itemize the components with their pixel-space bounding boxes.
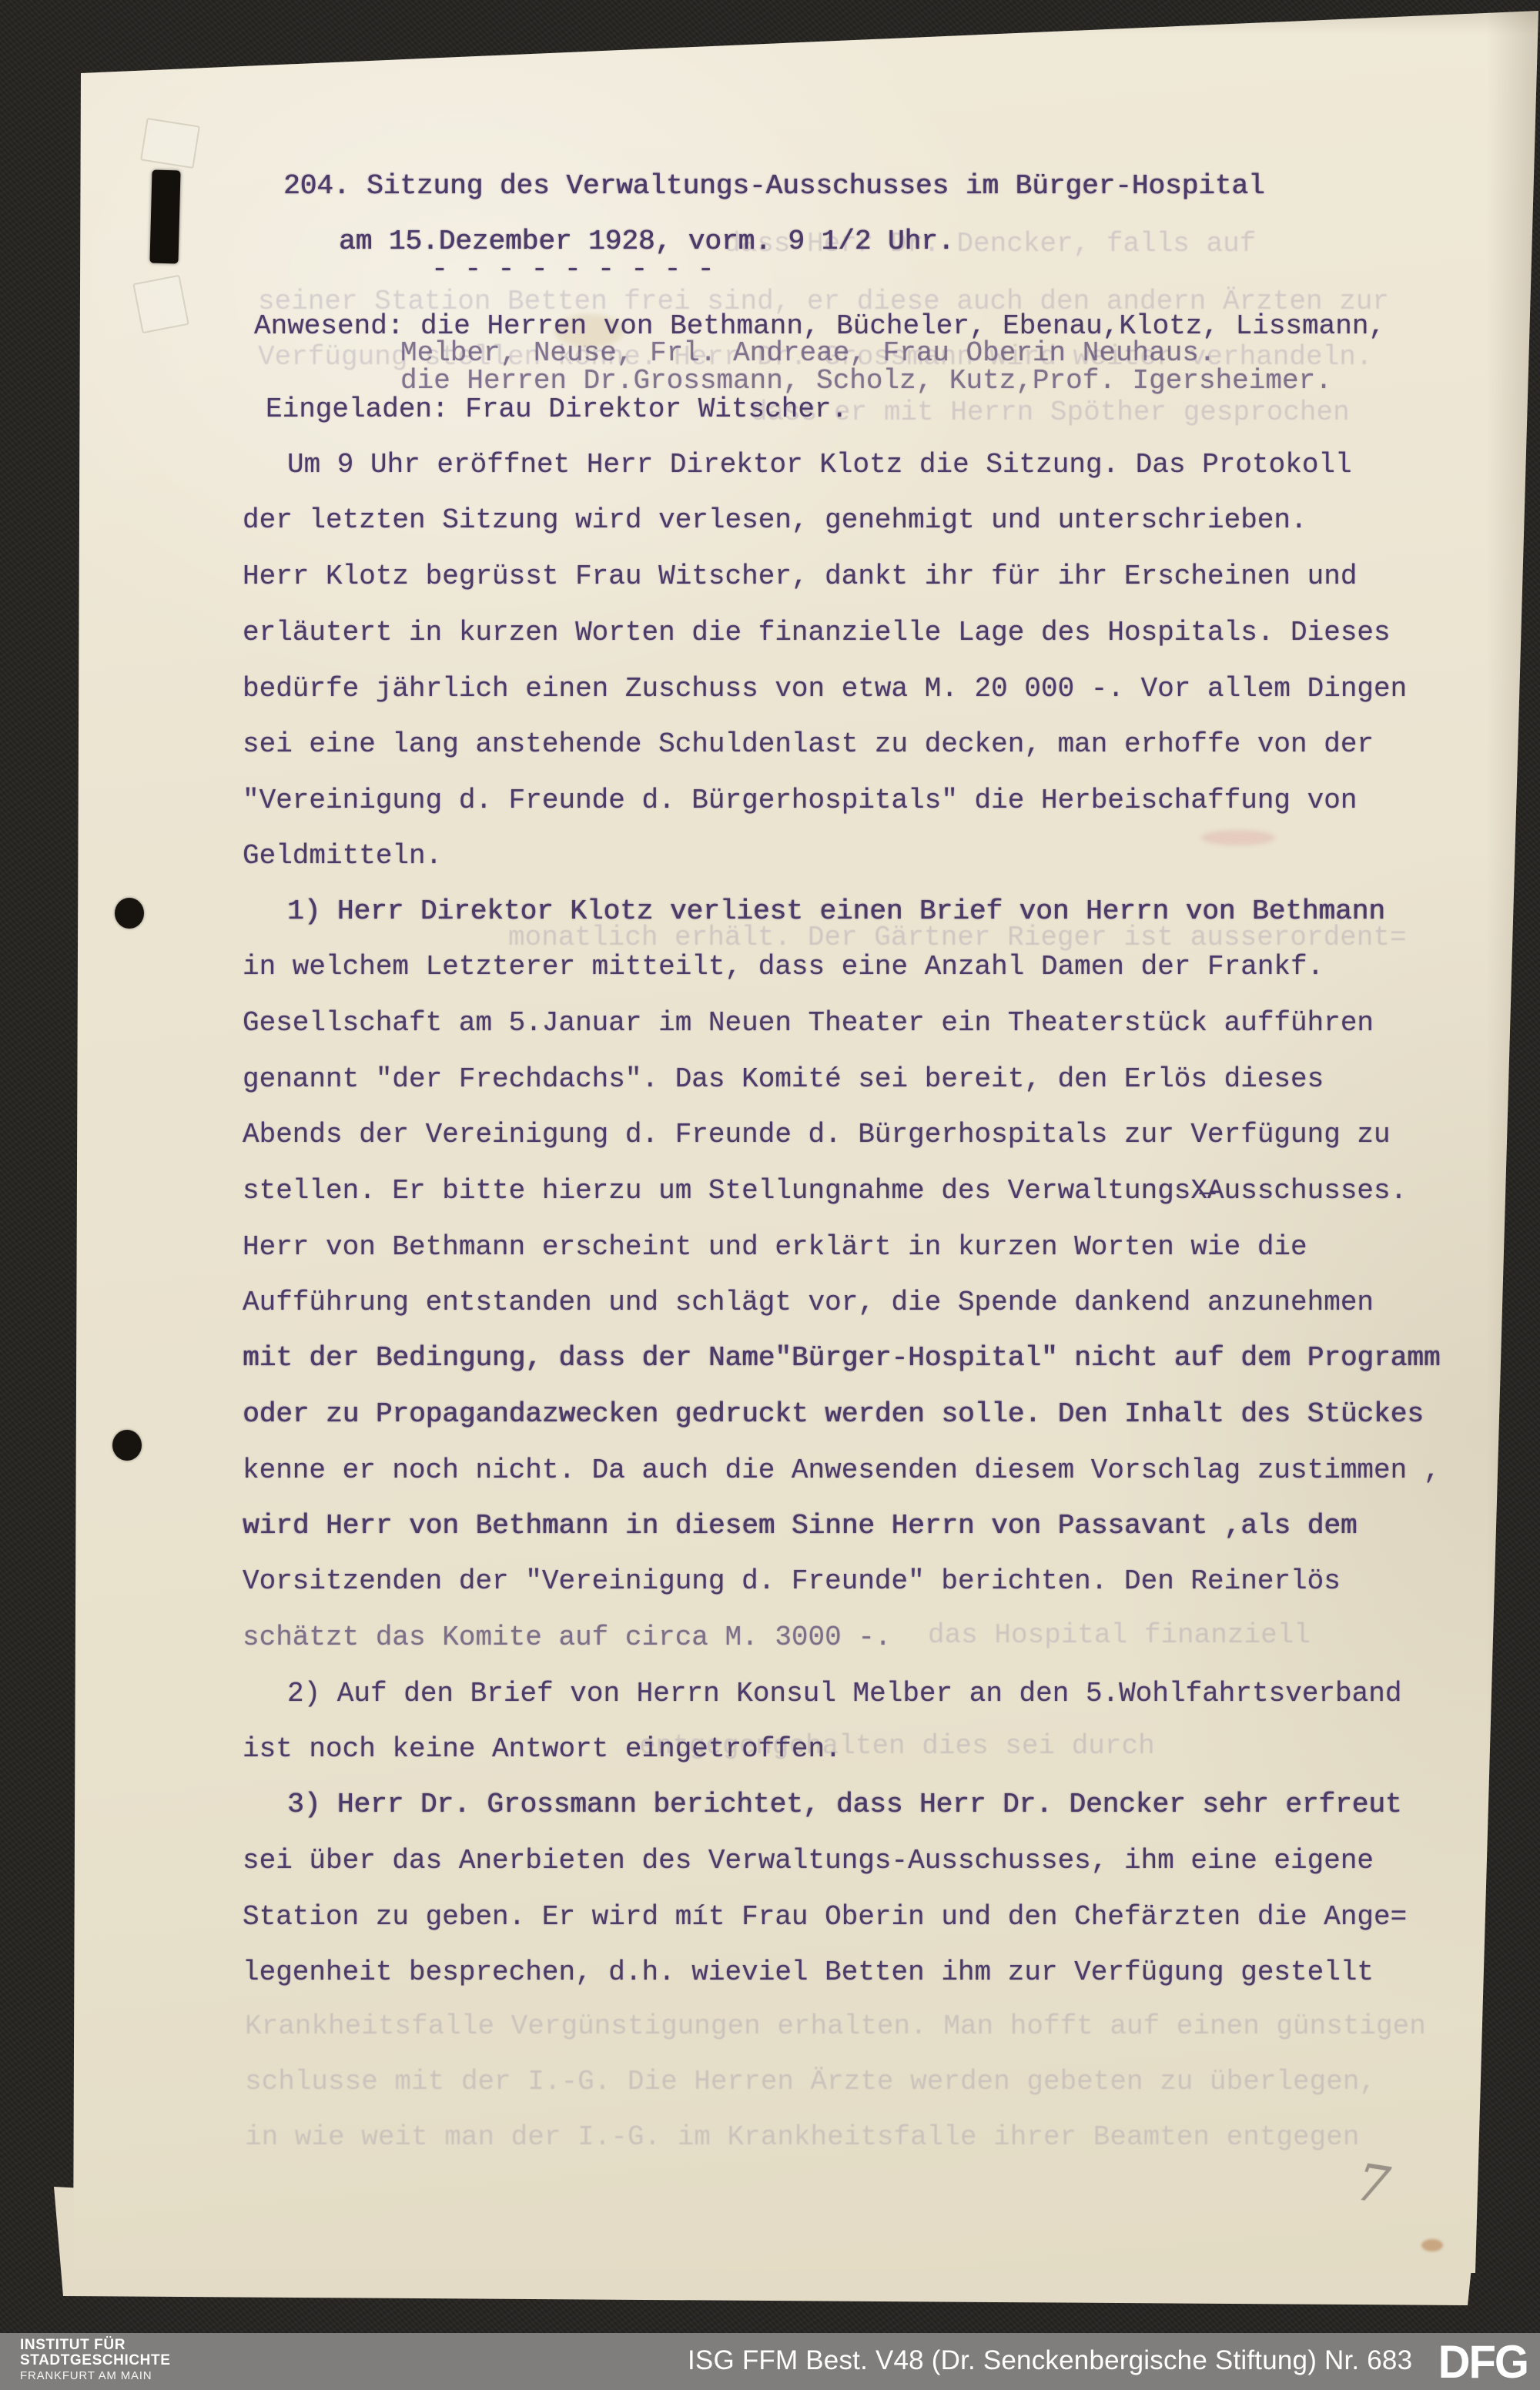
filing-slot-punch	[149, 170, 180, 264]
typed-line: in welchem Letzterer mitteilt, dass eine…	[243, 952, 1324, 982]
typed-line: Aufführung entstanden und schlägt vor, d…	[243, 1287, 1374, 1318]
paper-stain-corner	[1421, 2239, 1443, 2251]
document-page: dass Herr Dr. Dencker, falls aufseiner S…	[0, 0, 1540, 2390]
typed-line: wird Herr von Bethmann in diesem Sinne H…	[243, 1511, 1357, 1541]
clip-emboss-mark	[140, 118, 200, 169]
typed-line: "Vereinigung d. Freunde d. Bürgerhospita…	[243, 785, 1357, 816]
punch-hole	[115, 898, 144, 929]
scanned-archive-page: { "document": { "page_number": "7", "typ…	[0, 0, 1540, 2390]
ghost-line: in wie weit man der I.-G. im Krankheitsf…	[245, 2122, 1359, 2153]
institute-line-2: STADTGESCHICHTE	[20, 2353, 170, 2368]
punch-hole	[112, 1430, 142, 1461]
typed-line: 204. Sitzung des Verwaltungs-Ausschusses…	[283, 171, 1265, 202]
typed-line: der letzten Sitzung wird verlesen, geneh…	[243, 505, 1307, 536]
typed-line: die Herren Dr.Grossmann, Scholz, Kutz,Pr…	[400, 366, 1332, 397]
ghost-line: das Hospital finanziell	[928, 1620, 1311, 1651]
typed-line: sei über das Anerbieten des Verwaltungs-…	[243, 1846, 1374, 1876]
typed-line: 2) Auf den Brief von Herrn Konsul Melber…	[287, 1679, 1401, 1709]
archive-footer-bar: INSTITUT FÜR STADTGESCHICHTE FRANKFURT A…	[0, 2333, 1540, 2390]
typed-line: bedürfe jährlich einen Zuschuss von etwa…	[243, 674, 1407, 705]
ghost-line: Krankheitsfalle Vergünstigungen erhalten…	[245, 2011, 1426, 2042]
paper-stain-red	[1201, 830, 1275, 845]
typed-line: Abends der Vereinigung d. Freunde d. Bür…	[243, 1120, 1391, 1150]
typed-line: 3) Herr Dr. Grossmann berichtet, dass He…	[287, 1789, 1401, 1820]
typed-line: Herr Klotz begrüsst Frau Witscher, dankt…	[243, 561, 1357, 592]
typed-line: sei eine lang anstehende Schuldenlast zu…	[243, 729, 1374, 760]
typed-line: stellen. Er bitte hierzu um Stellungnahm…	[243, 1176, 1407, 1207]
typed-line: genannt "der Frechdachs". Das Komité sei…	[243, 1064, 1324, 1095]
institute-wordmark: INSTITUT FÜR STADTGESCHICHTE FRANKFURT A…	[20, 2338, 170, 2382]
dfg-logo: DFG	[1438, 2335, 1528, 2389]
clip-emboss-mark	[132, 275, 189, 334]
institute-line-3: FRANKFURT AM MAIN	[20, 2370, 170, 2382]
typed-line: Gesellschaft am 5.Januar im Neuen Theate…	[243, 1008, 1374, 1039]
typed-line: Vorsitzenden der "Vereinigung d. Freunde…	[243, 1566, 1341, 1597]
typed-line: 1) Herr Direktor Klotz verliest einen Br…	[287, 896, 1385, 927]
typed-line: Herr von Bethmann erscheint und erklärt …	[243, 1232, 1307, 1263]
archive-reference: ISG FFM Best. V48 (Dr. Senckenbergische …	[688, 2345, 1412, 2376]
typed-line: erläutert in kurzen Worten die finanziel…	[243, 618, 1391, 648]
typed-line: mit der Bedingung, dass der Name"Bürger-…	[243, 1343, 1440, 1374]
typed-line: oder zu Propagandazwecken gedruckt werde…	[243, 1399, 1424, 1430]
ghost-line: monatlich erhält. Der Gärtner Rieger ist…	[508, 922, 1407, 953]
handwritten-page-number: 7	[1352, 2152, 1394, 2216]
typed-line: kenne er noch nicht. Da auch die Anwesen…	[243, 1455, 1440, 1486]
typed-line: schätzt das Komite auf circa M. 3000 -.	[243, 1622, 892, 1653]
typed-line: Station zu geben. Er wird mít Frau Oberi…	[243, 1902, 1407, 1933]
typed-line: am 15.Dezember 1928, vorm. 9 1/2 Uhr.	[339, 226, 954, 257]
typed-line: legenheit besprechen, d.h. wieviel Bette…	[243, 1957, 1374, 1988]
typed-line: Eingeladen: Frau Direktor Witscher.	[266, 394, 848, 425]
typed-line: Um 9 Uhr eröffnet Herr Direktor Klotz di…	[287, 450, 1352, 480]
typed-line: ist noch keine Antwort eingetroffen.	[243, 1734, 842, 1765]
typed-line: Melber, Neuse, Frl. Andreae, Frau Oberin…	[400, 338, 1216, 369]
institute-line-1: INSTITUT FÜR	[20, 2338, 170, 2353]
ghost-line: schlusse mit der I.-G. Die Herren Ärzte …	[245, 2067, 1376, 2097]
typed-line: Geldmitteln.	[243, 841, 442, 872]
typed-line: - - - - - - - - -	[431, 254, 714, 285]
